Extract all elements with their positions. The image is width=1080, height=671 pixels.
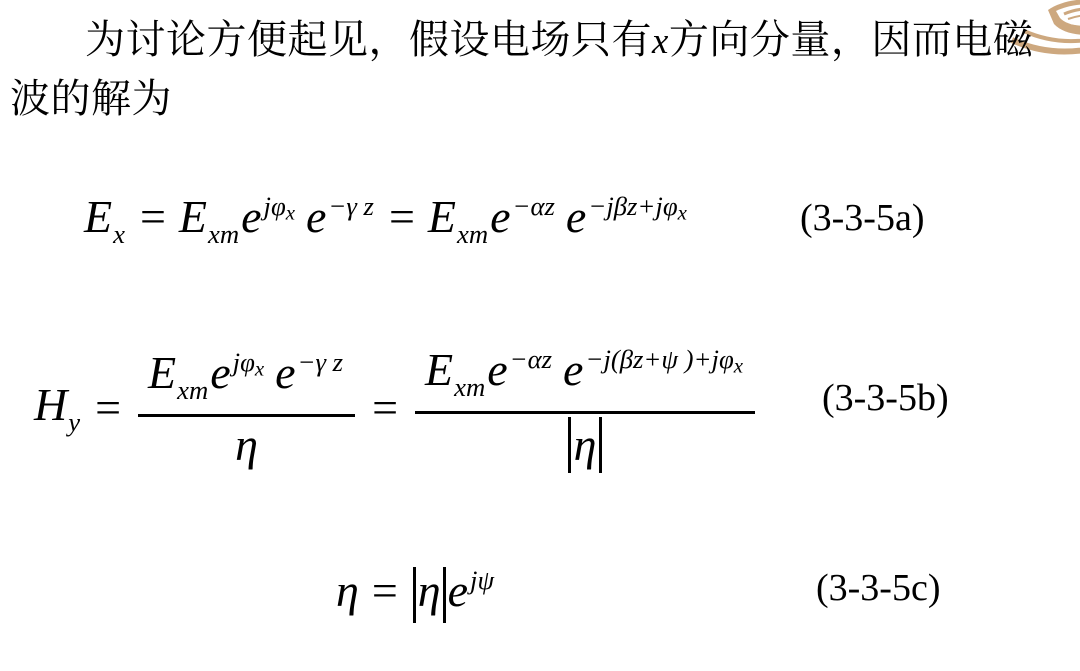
math-var-e: e (563, 344, 583, 395)
math-subscript: xm (177, 375, 208, 405)
math-var-E: E (179, 191, 207, 242)
fraction-denominator: η (235, 417, 258, 471)
math-var-E: E (84, 191, 112, 242)
exponent-subscript: x (255, 357, 264, 381)
fraction: Exme−αze−j(βz+ψ )+jφx η (415, 342, 755, 473)
exponent-subscript: x (734, 354, 743, 378)
fraction-numerator: Exmejφxe−γ z (138, 345, 355, 417)
math-var-e: e (448, 565, 468, 616)
math-var-e: e (490, 191, 510, 242)
math-subscript: xm (457, 219, 488, 249)
equals-sign: = (372, 379, 398, 437)
equals-sign: = (372, 565, 398, 616)
math-exponent: −γ z (298, 347, 344, 377)
math-subscript: x (113, 219, 125, 249)
math-exponent: jψ (470, 565, 494, 595)
math-var-e: e (210, 347, 230, 398)
exponent-main: jφ (233, 347, 255, 377)
equation-label-a: (3-3-5a) (800, 196, 924, 240)
math-var-e: e (241, 191, 261, 242)
absolute-value-bar (568, 417, 571, 473)
math-var-eta: η (418, 565, 441, 616)
math-exponent: −αz (510, 344, 552, 374)
text-run: 方向分量，因而电磁 (669, 17, 1034, 62)
equals-sign: = (389, 191, 415, 242)
math-var-H-group: Hy (34, 376, 82, 440)
fraction-denominator: η (565, 414, 606, 473)
math-exponent: −jβz+jφx (588, 191, 686, 221)
math-exponent: −γ z (328, 191, 374, 221)
equals-sign: = (95, 379, 121, 437)
exponent-main: −j(βz+ψ )+jφ (585, 344, 733, 374)
math-var-x: x (652, 20, 669, 61)
absolute-value-bar (443, 567, 446, 623)
slide: 为讨论方便起见，假设电场只有x方向分量，因而电磁 波的解为 Ex=Exmejφx… (0, 0, 1080, 671)
absolute-value-bar (599, 417, 602, 473)
math-var-eta: η (574, 420, 597, 471)
fraction-numerator: Exme−αze−j(βz+ψ )+jφx (415, 342, 755, 414)
absolute-value-bar (413, 567, 416, 623)
math-var-E: E (148, 347, 176, 398)
math-var-e: e (487, 344, 507, 395)
math-var-eta: η (336, 565, 359, 616)
math-subscript: xm (454, 372, 485, 402)
equation-3-3-5c: η=ηejψ (336, 562, 496, 623)
exponent-subscript: x (678, 201, 687, 225)
math-var-E: E (428, 191, 456, 242)
math-exponent: jφx (264, 191, 295, 221)
paragraph-line-2: 波的解为 (10, 67, 172, 124)
math-exponent: −j(βz+ψ )+jφx (585, 344, 742, 374)
math-var-H: H (34, 379, 67, 430)
math-var-e: e (275, 347, 295, 398)
equation-3-3-5a: Ex=Exmejφxe−γ z=Exme−αze−jβz+jφx (84, 188, 689, 252)
math-var-eta: η (235, 420, 258, 471)
math-exponent: −αz (513, 191, 555, 221)
math-var-e: e (566, 191, 586, 242)
equation-3-3-5b: Hy = Exmejφxe−γ z η = Exme−αze−j(βz+ψ )+… (34, 342, 759, 473)
math-subscript: xm (208, 219, 239, 249)
math-var-E: E (425, 344, 453, 395)
paragraph-line-1: 为讨论方便起见，假设电场只有x方向分量，因而电磁 (85, 8, 1033, 65)
exponent-main: −jβz+jφ (588, 191, 677, 221)
fraction: Exmejφxe−γ z η (138, 345, 355, 470)
math-var-e: e (306, 191, 326, 242)
equation-label-c: (3-3-5c) (816, 566, 940, 610)
exponent-main: jφ (264, 191, 286, 221)
exponent-subscript: x (286, 201, 295, 225)
text-run: 为讨论方便起见，假设电场只有 (85, 17, 652, 62)
equation-label-b: (3-3-5b) (822, 376, 949, 420)
math-subscript: y (68, 407, 80, 437)
math-exponent: jφx (233, 347, 264, 377)
equals-sign: = (140, 191, 166, 242)
